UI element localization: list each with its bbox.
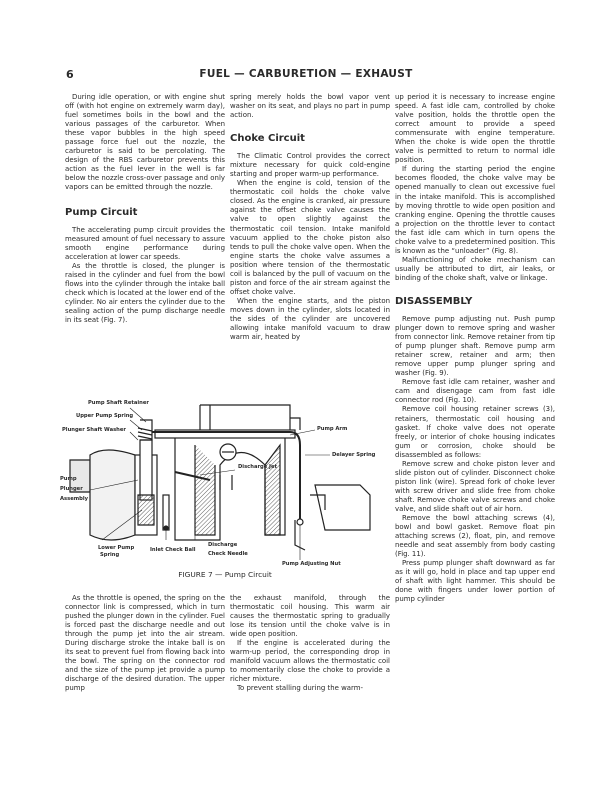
page-header: 6 FUEL — CARBURETION — EXHAUST [66,68,546,82]
label-inlet-check-ball: Inlet Check Ball [150,547,196,554]
paragraph-pump-1: The accelerating pump circuit provides t… [65,226,225,262]
heading-pump-circuit: Pump Circuit [65,207,225,219]
label-lower-pump-spring-2: Spring [100,552,119,559]
paragraph-percolation: During idle operation, or with engine sh… [65,93,225,193]
paragraph-disassembly-3: Remove coil housing retainer screws (3),… [395,405,555,459]
label-lower-pump-spring-1: Lower Pump [98,545,134,552]
label-pump-plunger-assembly-1: Pump [60,476,77,483]
paragraph-choke-2: When the engine is cold, tension of the … [230,179,390,297]
column-1-top: During idle operation, or with engine sh… [65,93,225,325]
column-2-top: spring merely holds the bowl vapor vent … [230,93,390,342]
paragraph-disassembly-2: Remove fast idle cam retainer, washer an… [395,378,555,405]
figure-pump-circuit: Pump Shaft Retainer Upper Pump Spring Pl… [60,400,390,570]
paragraph-choke-4: the exhaust manifold, through the thermo… [230,594,390,639]
paragraph-continued: spring merely holds the bowl vapor vent … [230,93,390,120]
heading-choke-circuit: Choke Circuit [230,133,390,145]
label-pump-plunger-assembly-3: Assembly [60,496,88,503]
paragraph-pump-2: As the throttle is closed, the plunger i… [65,262,225,325]
running-head: FUEL — CARBURETION — EXHAUST [66,68,546,80]
heading-disassembly: DISASSEMBLY [395,296,555,308]
column-2-bottom: the exhaust manifold, through the thermo… [230,594,390,694]
label-discharge-check-needle-1: Discharge [208,542,237,549]
column-1-bottom: As the throttle is opened, the spring on… [65,594,225,694]
paragraph-malfunction: Malfunctioning of choke mechanism can us… [395,256,555,283]
paragraph-flooded: If during the starting period the engine… [395,165,555,255]
label-pump-adjusting-nut: Pump Adjusting Nut [282,561,341,568]
label-discharge-check-needle-2: Check Needle [208,551,248,558]
label-pump-arm: Pump Arm [317,426,347,433]
paragraph-pump-3: As the throttle is opened, the spring on… [65,594,225,694]
column-3: up period it is necessary to increase en… [395,93,555,604]
label-delayer-spring: Delayer Spring [332,452,375,459]
figure-caption: FIGURE 7 — Pump Circuit [60,570,390,579]
label-pump-shaft-retainer: Pump Shaft Retainer [88,400,149,407]
label-pump-plunger-assembly-2: Plunger [60,486,83,493]
paragraph-choke-6: To prevent stalling during the warm- [230,684,390,693]
paragraph-continued-2: up period it is necessary to increase en… [395,93,555,165]
label-plunger-shaft-washer: Plunger Shaft Washer [62,427,126,434]
paragraph-choke-5: If the engine is accelerated during the … [230,639,390,684]
paragraph-choke-3: When the engine starts, and the piston m… [230,297,390,342]
paragraph-disassembly-5: Remove the bowl attaching screws (4), bo… [395,514,555,559]
label-upper-pump-spring: Upper Pump Spring [76,413,133,420]
paragraph-disassembly-4: Remove screw and choke piston lever and … [395,460,555,514]
paragraph-disassembly-1: Remove pump adjusting nut. Push pump plu… [395,315,555,378]
paragraph-disassembly-6: Press pump plunger shaft downward as far… [395,559,555,604]
paragraph-choke-1: The Climatic Control provides the correc… [230,152,390,179]
label-discharge-jet: Discharge Jet [238,464,277,471]
